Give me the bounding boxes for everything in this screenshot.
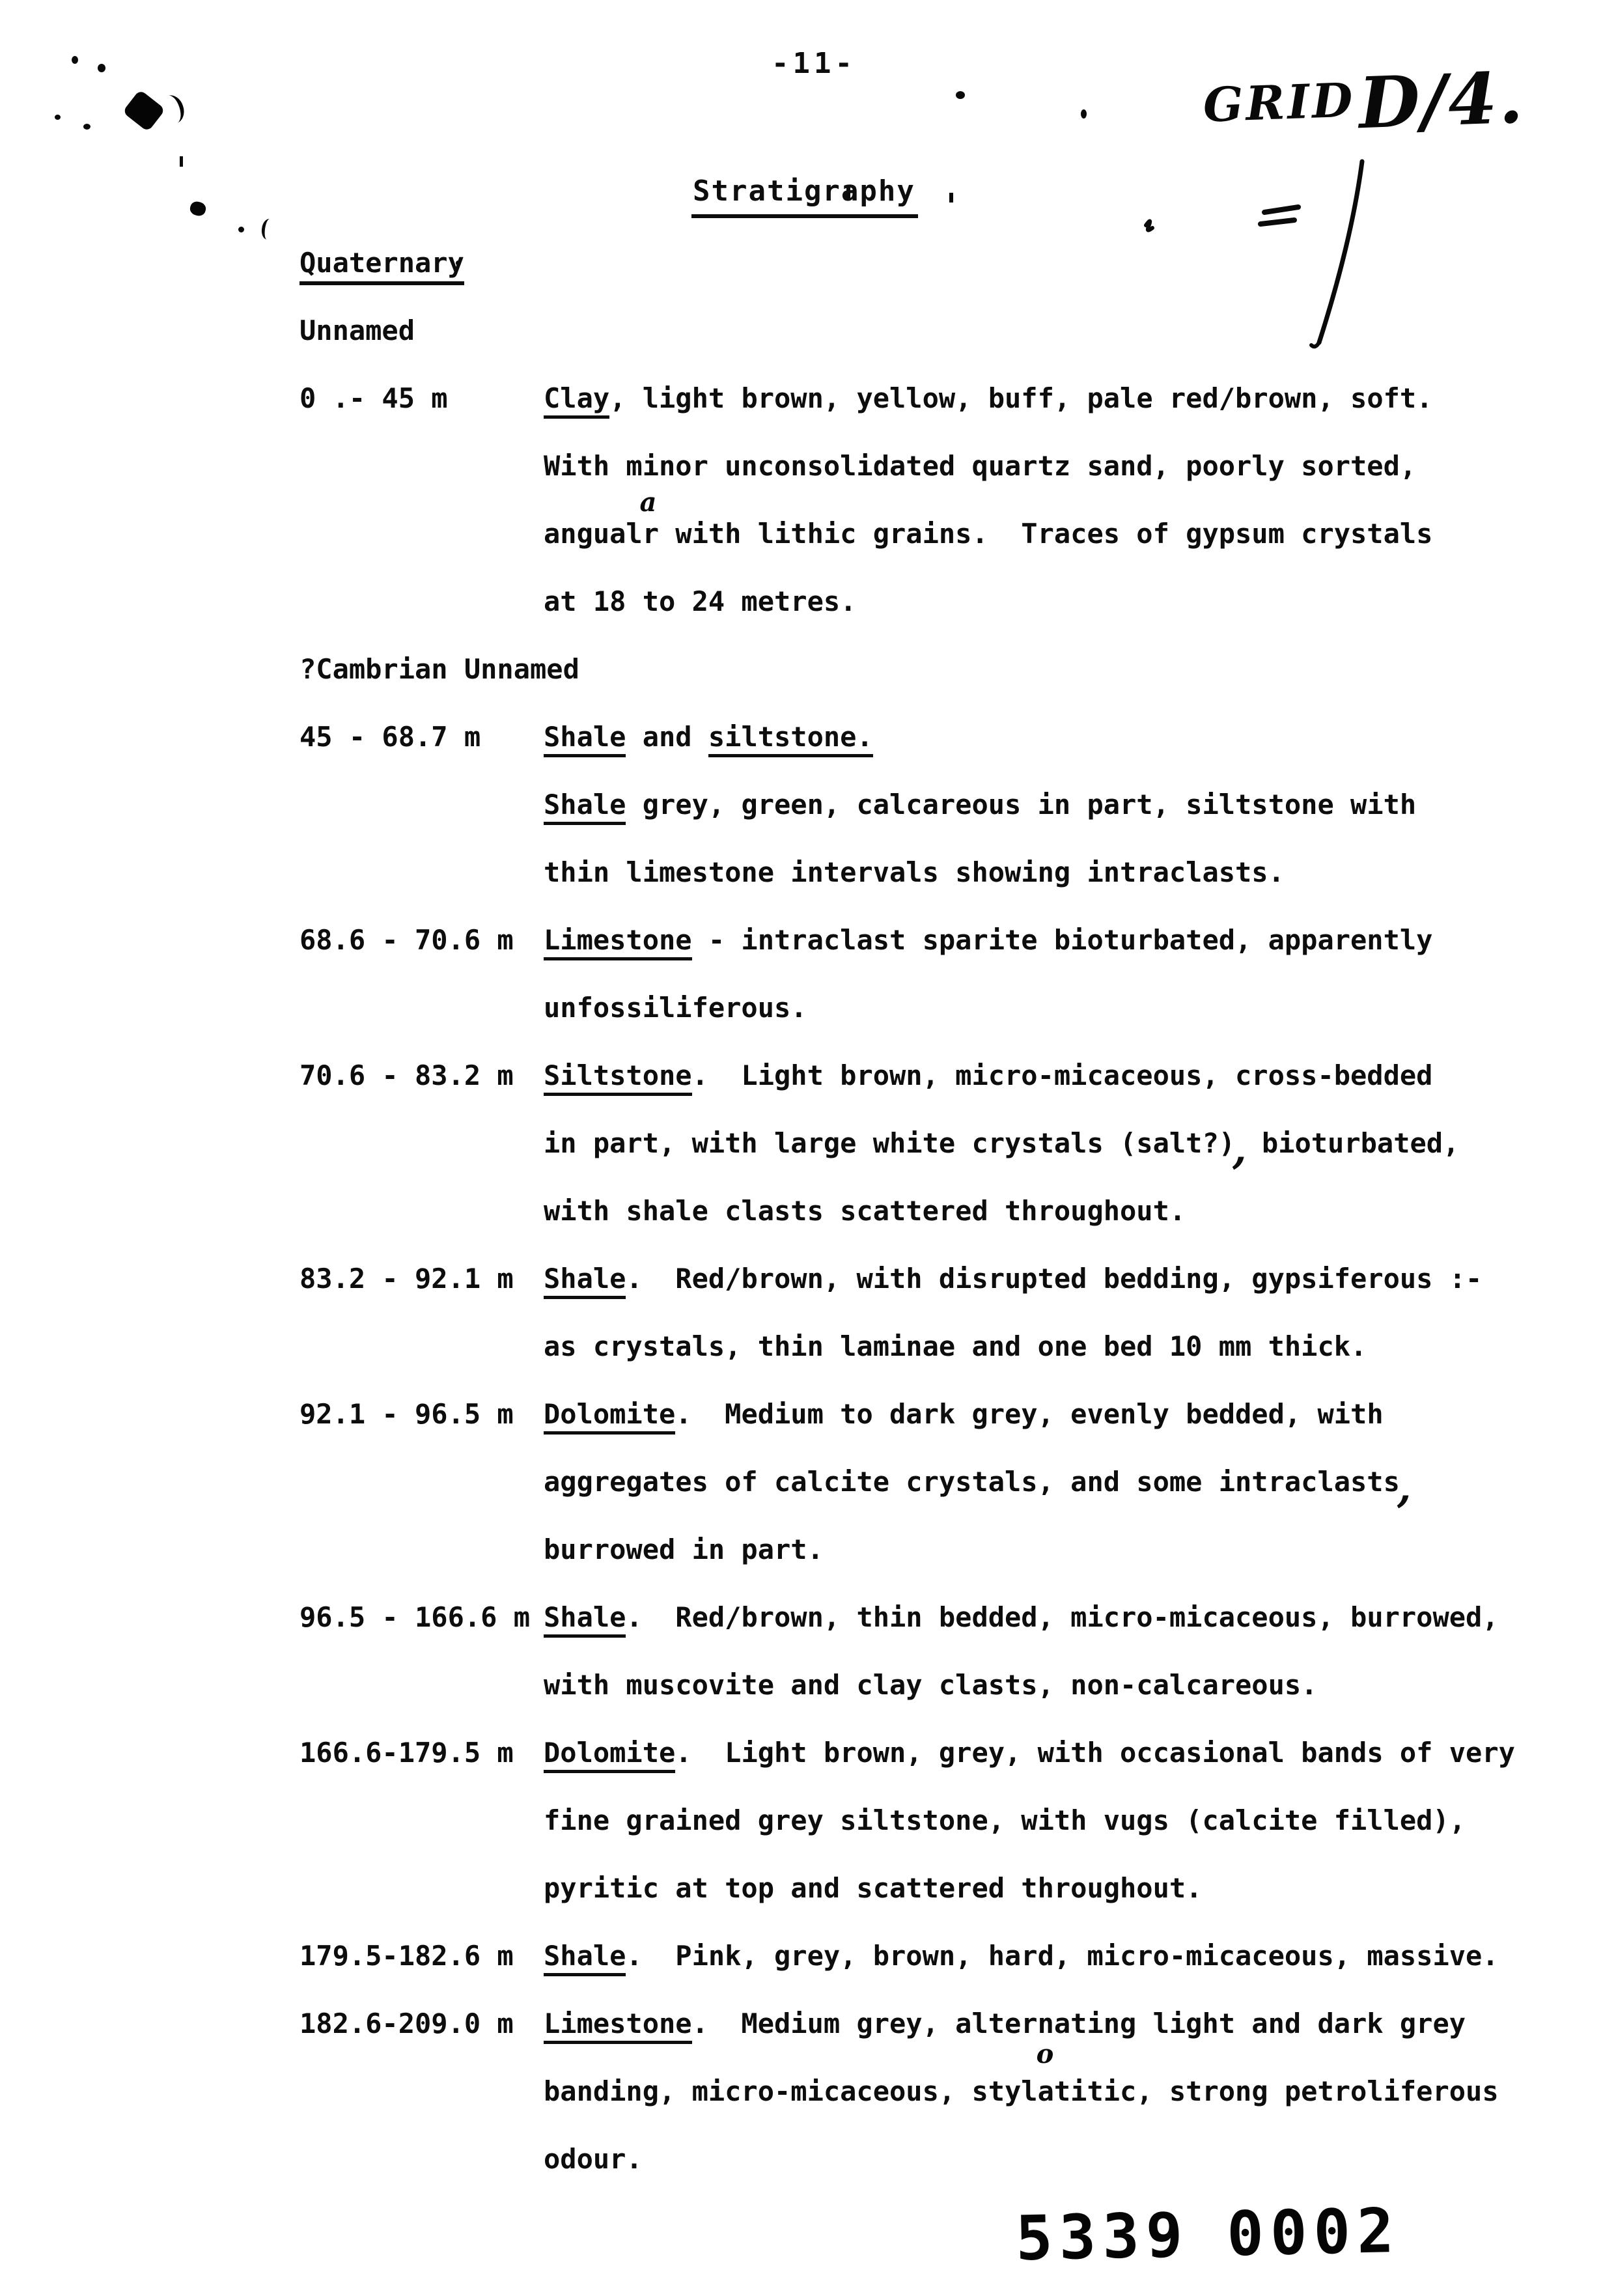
stamp-number-right: 0002 <box>1226 2196 1401 2271</box>
depth-range: 0 .- 45 m <box>300 365 544 432</box>
period-heading: ?Cambrian Unnamed <box>300 636 1589 703</box>
ink-blot-small <box>189 200 208 217</box>
entry-continuation: With minor unconsolidated quartz sand, p… <box>300 432 1589 500</box>
description-text: . Light brown, grey, with occasional ban… <box>675 1737 1515 1769</box>
description-text: . Red/brown, with disrupted bedding, gyp… <box>626 1263 1482 1295</box>
depth-range: 92.1 - 96.5 m <box>300 1380 544 1448</box>
entry-row: 68.6 - 70.6 mLimestone - intraclast spar… <box>300 906 1589 974</box>
description-text: . Pink, grey, brown, hard, micro-micaceo… <box>626 1940 1498 1972</box>
lithology-term: Limestone <box>544 2008 692 2044</box>
handwritten-grid-number: D/4. <box>1358 57 1525 145</box>
depth-range: 68.6 - 70.6 m <box>300 906 544 974</box>
period-heading-text: ?Cambrian Unnamed <box>300 653 579 685</box>
description-text: with shale clasts scattered throughout. <box>544 1195 1186 1227</box>
entry-continuation: as crystals, thin laminae and one bed 10… <box>300 1313 1589 1380</box>
entry-continuation: fine grained grey siltstone, with vugs (… <box>300 1787 1589 1855</box>
description-text: at 18 to 24 metres. <box>544 585 856 617</box>
period-heading-text: Quaternary <box>300 247 464 285</box>
entry-row: 182.6-209.0 mLimestone. Medium grey, alt… <box>300 1990 1589 2058</box>
entry-continuation: banding, micro-micaceous, styloatitic, s… <box>300 2058 1589 2125</box>
lithology-term: Shale <box>544 1601 626 1638</box>
description-text: . Light brown, micro-micaceous, cross-be… <box>692 1059 1433 1091</box>
entry-continuation: pyritic at top and scattered throughout. <box>300 1855 1589 1922</box>
description-text: burrowed in part. <box>544 1533 824 1565</box>
description-text: bioturbated, <box>1246 1127 1460 1159</box>
description-text: . Medium to dark grey, evenly bedded, wi… <box>675 1398 1383 1430</box>
entry-row: 0 .- 45 mClay, light brown, yellow, buff… <box>300 365 1589 432</box>
handwritten-grid-annotation: GRID D/4. <box>1202 57 1525 150</box>
entry-row: 179.5-182.6 mShale. Pink, grey, brown, h… <box>300 1922 1589 1990</box>
ink-speck <box>83 124 91 130</box>
entry-continuation: aangualr with lithic grains. Traces of g… <box>300 500 1589 568</box>
entry-continuation: burrowed in part. <box>300 1516 1589 1584</box>
lithology-term: Limestone <box>544 924 692 960</box>
description-text: pyritic at top and scattered throughout. <box>544 1872 1202 1904</box>
depth-range: 182.6-209.0 m <box>300 1990 544 2058</box>
description-text: banding, micro-micaceous, styl <box>544 2075 1038 2107</box>
page-number: -11- <box>729 47 899 80</box>
entry-continuation: aggregates of calcite crystals, and some… <box>300 1448 1589 1516</box>
lithology-term: Dolomite <box>544 1737 675 1773</box>
description-text: . Red/brown, thin bedded, micro-micaceou… <box>626 1601 1498 1633</box>
entry-continuation: unfossiliferous. <box>300 974 1589 1042</box>
unit-heading-text: Unnamed <box>300 315 415 346</box>
lithology-term: Shale <box>544 721 626 757</box>
description-text: and <box>626 721 708 753</box>
entry-continuation: Shale grey, green, calcareous in part, s… <box>300 771 1589 839</box>
description-text: fine grained grey siltstone, with vugs (… <box>544 1804 1466 1836</box>
handwritten-comma: , <box>1397 1464 1412 1511</box>
lithology-term: Shale <box>544 789 626 825</box>
lithology-term: Shale <box>544 1940 626 1976</box>
depth-range: 70.6 - 83.2 m <box>300 1042 544 1110</box>
entry-continuation: at 18 to 24 metres. <box>300 568 1589 636</box>
handwritten-insert-letter: o <box>1037 2041 1054 2067</box>
description-text: as crystals, thin laminae and one bed 10… <box>544 1330 1367 1362</box>
description-text: in part, with large white crystals (salt… <box>544 1127 1235 1159</box>
ink-speck <box>956 91 965 99</box>
lithology-term: Siltstone <box>544 1059 692 1096</box>
entry-row: 83.2 - 92.1 mShale. Red/brown, with disr… <box>300 1245 1589 1313</box>
description-text: angualr with lithic grains. Traces of gy… <box>544 518 1432 550</box>
entry-continuation: in part, with large white crystals (salt… <box>300 1110 1589 1177</box>
lithology-term: Dolomite <box>544 1398 675 1435</box>
description-text: with muscovite and clay clasts, non-calc… <box>544 1669 1317 1701</box>
stamp-number-left: 5339 <box>1015 2200 1190 2275</box>
entry-continuation: odour. <box>300 2125 1589 2193</box>
ink-blot <box>122 89 165 132</box>
ink-speck <box>180 156 183 167</box>
lithology-term: Clay <box>544 382 609 419</box>
unit-heading: Unnamed <box>300 297 1589 365</box>
description-text: atitic, strong petroliferous <box>1038 2075 1499 2107</box>
handwritten-insert-letter: a <box>640 490 657 516</box>
handwritten-comma: , <box>1233 1125 1247 1173</box>
description-text: grey, green, calcareous in part, siltsto… <box>626 789 1416 820</box>
entry-row: 45 - 68.7 mShale and siltstone. <box>300 703 1589 771</box>
document-page: -11- GRID D/4. Stratigraphy Quaternary U… <box>0 0 1616 2296</box>
document-stamp: 53390002 <box>1015 2196 1401 2275</box>
entry-row: 70.6 - 83.2 mSiltstone. Light brown, mic… <box>300 1042 1589 1110</box>
ink-speck <box>55 115 61 120</box>
entry-row: 92.1 - 96.5 mDolomite. Medium to dark gr… <box>300 1380 1589 1448</box>
depth-range: 179.5-182.6 m <box>300 1922 544 1990</box>
description-text: thin limestone intervals showing intracl… <box>544 856 1285 888</box>
description-text: unfossiliferous. <box>544 992 807 1024</box>
stratigraphy-log: Quaternary Unnamed 0 .- 45 mClay, light … <box>300 229 1589 2193</box>
lithology-term: siltstone. <box>708 721 873 757</box>
description-text: odour. <box>544 2143 643 2175</box>
ink-speck <box>949 193 953 203</box>
description-text: aggregates of calcite crystals, and some… <box>544 1466 1400 1498</box>
page-title: Stratigraphy <box>691 175 918 218</box>
depth-range: 83.2 - 92.1 m <box>300 1245 544 1313</box>
description-text: With minor unconsolidated quartz sand, p… <box>544 450 1416 482</box>
entry-continuation: with shale clasts scattered throughout. <box>300 1177 1589 1245</box>
description-text: . Medium grey, alternating light and dar… <box>692 2008 1466 2039</box>
ink-speck <box>72 56 78 64</box>
handwritten-grid-word: GRID <box>1202 72 1356 132</box>
ink-speck <box>98 64 105 72</box>
description-text: , light brown, yellow, buff, pale red/br… <box>609 382 1432 414</box>
entry-row: 96.5 - 166.6 mShale. Red/brown, thin bed… <box>300 1584 1589 1651</box>
period-heading: Quaternary <box>300 229 1589 297</box>
lithology-term: Shale <box>544 1263 626 1299</box>
ink-mark <box>260 218 276 240</box>
ink-speck <box>238 227 244 232</box>
ink-blot-curl <box>158 92 188 126</box>
depth-range: 96.5 - 166.6 m <box>300 1584 544 1651</box>
ink-speck <box>1081 109 1087 119</box>
entry-continuation: thin limestone intervals showing intracl… <box>300 839 1589 906</box>
entry-row: 166.6-179.5 mDolomite. Light brown, grey… <box>300 1719 1589 1787</box>
description-text: - intraclast sparite bioturbated, appare… <box>692 924 1433 956</box>
depth-range: 45 - 68.7 m <box>300 703 544 771</box>
depth-range: 166.6-179.5 m <box>300 1719 544 1787</box>
entry-continuation: with muscovite and clay clasts, non-calc… <box>300 1651 1589 1719</box>
